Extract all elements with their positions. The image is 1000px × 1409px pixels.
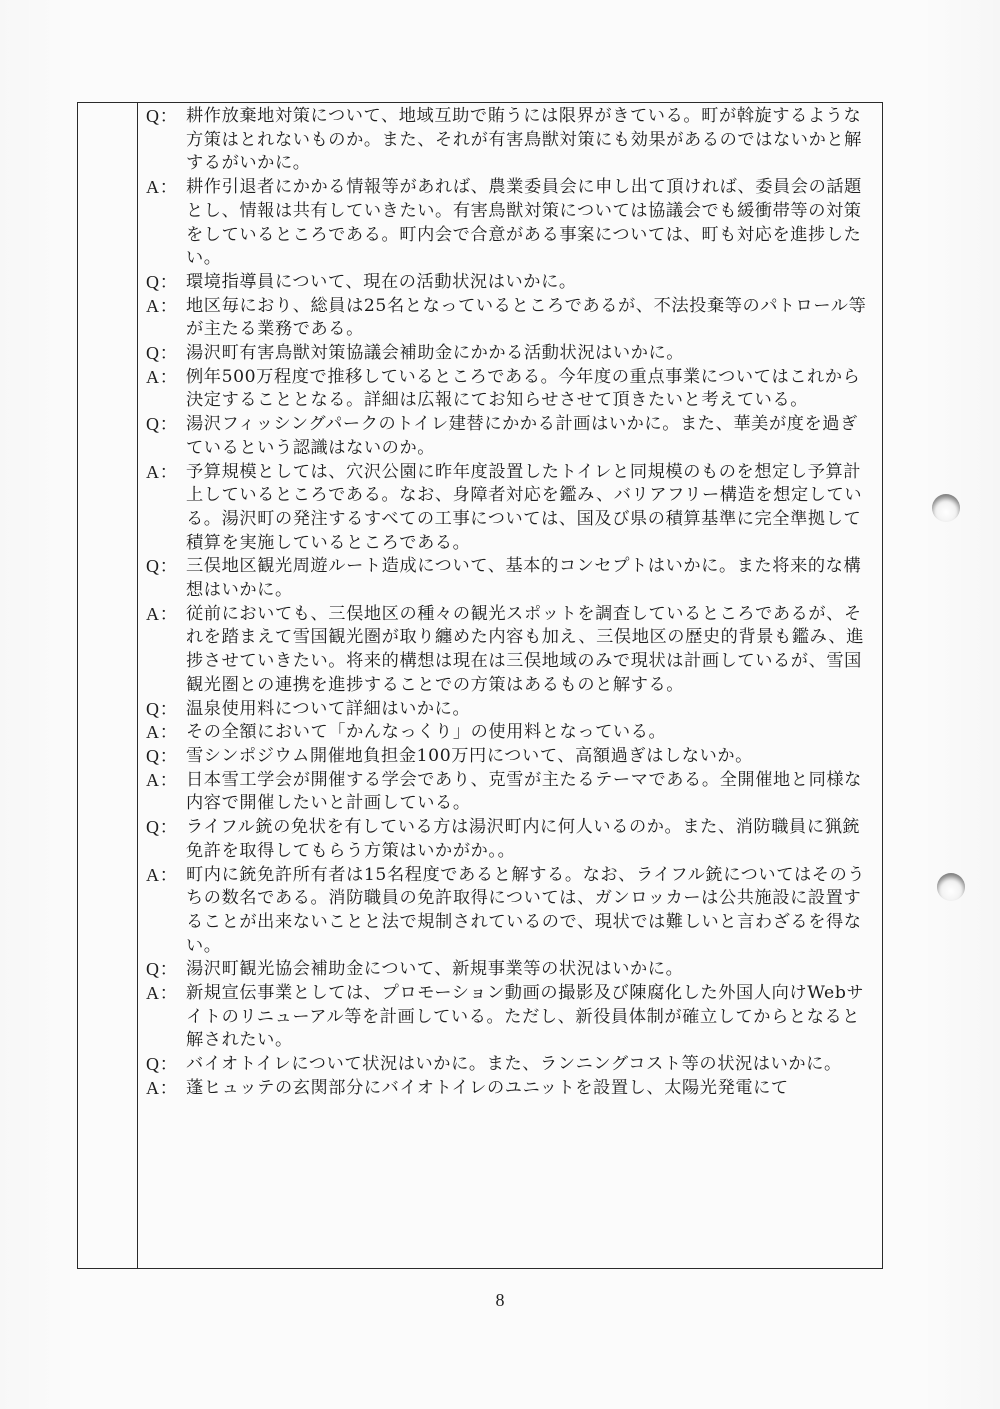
entry-text: 従前においても、三俣地区の種々の観光スポットを調査しているところであるが、それを… (186, 603, 874, 698)
question-entry: Q：ライフル銃の免状を有している方は湯沢町内に何人いるのか。また、消防職員に猟銃… (146, 816, 874, 863)
entry-text: 例年500万程度で推移しているところである。今年度の重点事業についてはこれから決… (186, 366, 874, 413)
entry-label: Q： (146, 105, 186, 176)
entry-text: バイオトイレについて状況はいかに。また、ランニングコスト等の状況はいかに。 (186, 1053, 874, 1077)
table-left-column (78, 103, 138, 1268)
entry-label: A： (146, 366, 186, 413)
entry-label: Q： (146, 1053, 186, 1077)
question-entry: Q：湯沢フィッシングパークのトイレ建替にかかる計画はいかに。また、華美が度を過ぎ… (146, 413, 874, 460)
punch-hole-icon (932, 494, 960, 522)
question-entry: Q：温泉使用料について詳細はいかに。 (146, 698, 874, 722)
entry-label: Q： (146, 271, 186, 295)
entry-text: 町内に銃免許所有者は15名程度であると解する。なお、ライフル銃についてはそのうち… (186, 864, 874, 959)
entry-text: 湯沢町観光協会補助金について、新規事業等の状況はいかに。 (186, 958, 874, 982)
entry-label: A： (146, 461, 186, 556)
qa-list: Q：耕作放棄地対策について、地域互助で賄うには限界がきている。町が斡旋するような… (138, 103, 882, 1268)
entry-text: 環境指導員について、現在の活動状況はいかに。 (186, 271, 874, 295)
entry-text: 予算規模としては、穴沢公園に昨年度設置したトイレと同規模のものを想定し予算計上し… (186, 461, 874, 556)
entry-label: Q： (146, 413, 186, 460)
entry-text: 蓬ヒュッテの玄関部分にバイオトイレのユニットを設置し、太陽光発電にて (186, 1077, 874, 1101)
answer-entry: A：新規宣伝事業としては、プロモーション動画の撮影及び陳腐化した外国人向けWeb… (146, 982, 874, 1053)
question-entry: Q：雪シンポジウム開催地負担金100万円について、高額過ぎはしないか。 (146, 745, 874, 769)
page-number: 8 (0, 1290, 1000, 1311)
entry-label: Q： (146, 745, 186, 769)
entry-label: A： (146, 295, 186, 342)
answer-entry: A：その全額において「かんなっくり」の使用料となっている。 (146, 721, 874, 745)
entry-label: Q： (146, 342, 186, 366)
entry-text: その全額において「かんなっくり」の使用料となっている。 (186, 721, 874, 745)
answer-entry: A：従前においても、三俣地区の種々の観光スポットを調査しているところであるが、そ… (146, 603, 874, 698)
answer-entry: A：耕作引退者にかかる情報等があれば、農業委員会に申し出て頂ければ、委員会の話題… (146, 176, 874, 271)
answer-entry: A：日本雪工学会が開催する学会であり、克雪が主たるテーマである。全開催地と同様な… (146, 769, 874, 816)
entry-text: 三俣地区観光周遊ルート造成について、基本的コンセプトはいかに。また将来的な構想は… (186, 555, 874, 602)
qa-table: Q：耕作放棄地対策について、地域互助で賄うには限界がきている。町が斡旋するような… (77, 102, 883, 1269)
answer-entry: A：町内に銃免許所有者は15名程度であると解する。なお、ライフル銃についてはその… (146, 864, 874, 959)
entry-text: ライフル銃の免状を有している方は湯沢町内に何人いるのか。また、消防職員に猟銃免許… (186, 816, 874, 863)
entry-text: 耕作放棄地対策について、地域互助で賄うには限界がきている。町が斡旋するような方策… (186, 105, 874, 176)
entry-label: Q： (146, 958, 186, 982)
entry-label: Q： (146, 698, 186, 722)
question-entry: Q：湯沢町有害鳥獣対策協議会補助金にかかる活動状況はいかに。 (146, 342, 874, 366)
entry-label: A： (146, 721, 186, 745)
entry-text: 新規宣伝事業としては、プロモーション動画の撮影及び陳腐化した外国人向けWebサイ… (186, 982, 874, 1053)
question-entry: Q：バイオトイレについて状況はいかに。また、ランニングコスト等の状況はいかに。 (146, 1053, 874, 1077)
question-entry: Q：三俣地区観光周遊ルート造成について、基本的コンセプトはいかに。また将来的な構… (146, 555, 874, 602)
entry-text: 地区毎におり、総員は25名となっているところであるが、不法投棄等のパトロール等が… (186, 295, 874, 342)
question-entry: Q：環境指導員について、現在の活動状況はいかに。 (146, 271, 874, 295)
entry-label: A： (146, 603, 186, 698)
question-entry: Q：湯沢町観光協会補助金について、新規事業等の状況はいかに。 (146, 958, 874, 982)
entry-label: A： (146, 982, 186, 1053)
entry-text: 温泉使用料について詳細はいかに。 (186, 698, 874, 722)
entry-label: A： (146, 176, 186, 271)
answer-entry: A：例年500万程度で推移しているところである。今年度の重点事業についてはこれか… (146, 366, 874, 413)
punch-hole-icon (937, 873, 965, 901)
entry-label: Q： (146, 816, 186, 863)
entry-text: 湯沢町有害鳥獣対策協議会補助金にかかる活動状況はいかに。 (186, 342, 874, 366)
answer-entry: A：地区毎におり、総員は25名となっているところであるが、不法投棄等のパトロール… (146, 295, 874, 342)
entry-text: 湯沢フィッシングパークのトイレ建替にかかる計画はいかに。また、華美が度を過ぎてい… (186, 413, 874, 460)
entry-label: A： (146, 1077, 186, 1101)
answer-entry: A：蓬ヒュッテの玄関部分にバイオトイレのユニットを設置し、太陽光発電にて (146, 1077, 874, 1101)
answer-entry: A：予算規模としては、穴沢公園に昨年度設置したトイレと同規模のものを想定し予算計… (146, 461, 874, 556)
entry-text: 耕作引退者にかかる情報等があれば、農業委員会に申し出て頂ければ、委員会の話題とし… (186, 176, 874, 271)
entry-label: Q： (146, 555, 186, 602)
entry-text: 日本雪工学会が開催する学会であり、克雪が主たるテーマである。全開催地と同様な内容… (186, 769, 874, 816)
entry-text: 雪シンポジウム開催地負担金100万円について、高額過ぎはしないか。 (186, 745, 874, 769)
entry-label: A： (146, 864, 186, 959)
question-entry: Q：耕作放棄地対策について、地域互助で賄うには限界がきている。町が斡旋するような… (146, 105, 874, 176)
entry-label: A： (146, 769, 186, 816)
